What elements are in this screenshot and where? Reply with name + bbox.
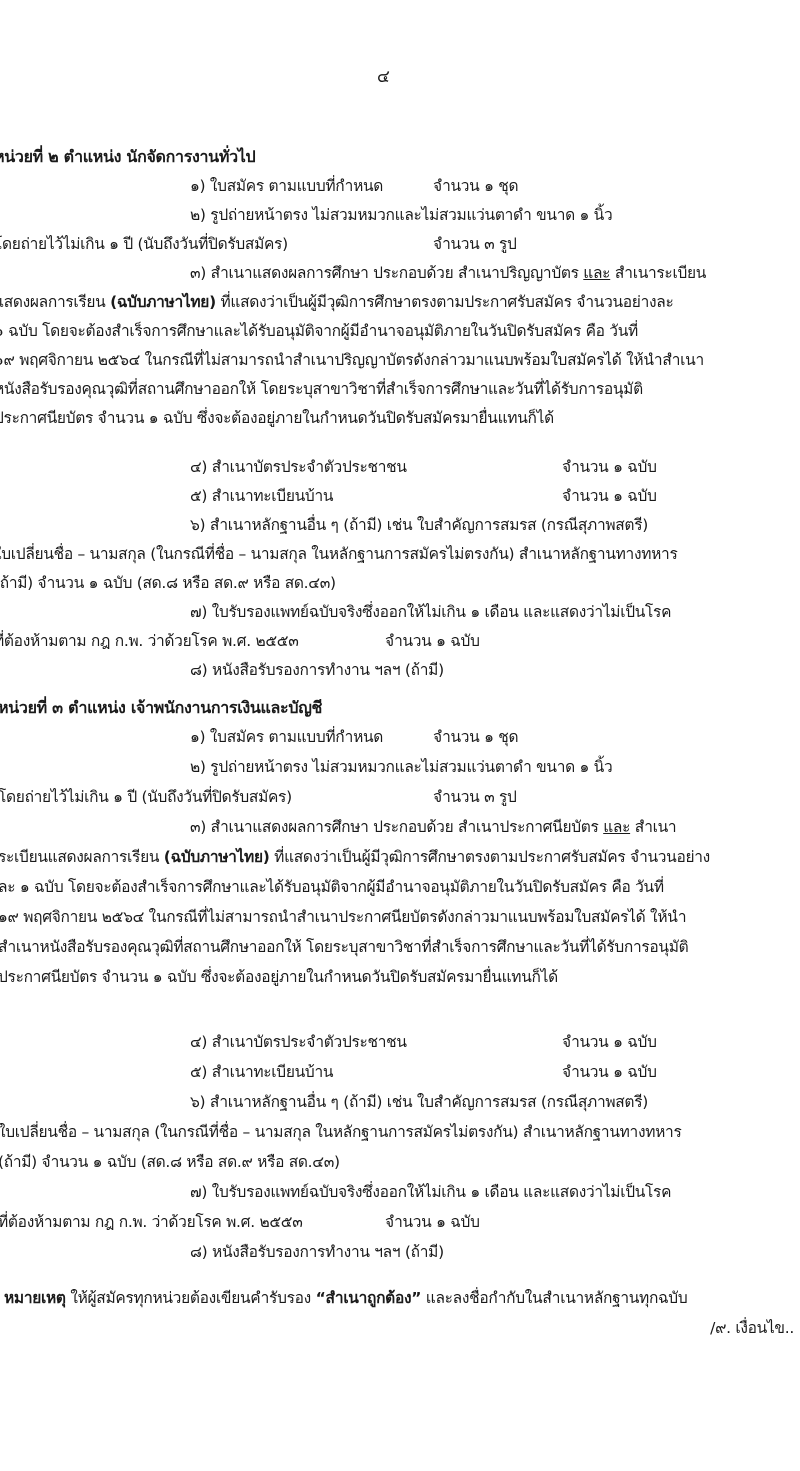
unit-2-item-6-line-2: ใบเปลี่ยนชื่อ – นามสกุล (ในกรณีที่ชื่อ –… (0, 543, 677, 565)
unit-3-item-3-line-5: สำเนาหนังสือรับรองคุณวุฒิที่สถานศึกษาออก… (0, 936, 688, 958)
text: ที่แสดงว่าเป็นผู้มีวุฒิการศึกษาตรงตามประ… (216, 293, 674, 311)
unit-3-item-1-qty: จำนวน ๑ ชุด (433, 726, 518, 748)
unit-2-item-7-qty: จำนวน ๑ ฉบับ (385, 630, 480, 652)
text: สำเนา (630, 818, 676, 836)
item-text: ๑) ใบสมัคร ตามแบบที่กำหนด (190, 177, 383, 195)
unit-2-item-2-cont: โดยถ่ายไว้ไม่เกิน ๑ ปี (นับถึงวันที่ปิดร… (0, 233, 288, 255)
text: ๓) สำเนาแสดงผลการศึกษา ประกอบด้วย สำเนาป… (190, 818, 603, 836)
unit-3-item-8: ๘) หนังสือรับรองการทำงาน ฯลฯ (ถ้ามี) (190, 1241, 444, 1263)
unit-2-item-6-line-1: ๖) สำเนาหลักฐานอื่น ๆ (ถ้ามี) เช่น ใบสำค… (190, 514, 648, 536)
unit-3-item-6-line-2: ใบเปลี่ยนชื่อ – นามสกุล (ในกรณีที่ชื่อ –… (0, 1121, 681, 1143)
text: ระเบียนแสดงผลการเรียน (0, 848, 164, 866)
remark-text: ให้ผู้สมัครทุกหน่วยต้องเขียนคำรับรอง (66, 1289, 316, 1307)
unit-3-item-3-line-1: ๓) สำเนาแสดงผลการศึกษา ประกอบด้วย สำเนาป… (190, 816, 676, 838)
unit-2-item-4-qty: จำนวน ๑ ฉบับ (562, 456, 657, 478)
unit-2-item-1-qty: จำนวน ๑ ชุด (433, 175, 518, 197)
unit-3-item-6-line-3: (ถ้ามี) จำนวน ๑ ฉบับ (สด.๘ หรือ สด.๙ หรื… (0, 1151, 340, 1173)
unit-3-item-3-line-3: ละ ๑ ฉบับ โดยจะต้องสำเร็จการศึกษาและได้ร… (0, 876, 664, 898)
unit-2-item-8: ๘) หนังสือรับรองการทำงาน ฯลฯ (ถ้ามี) (190, 659, 444, 681)
remark-bold-text: “สำเนาถูกต้อง” (316, 1289, 422, 1307)
unit-2-item-2-qty: จำนวน ๓ รูป (433, 233, 517, 255)
unit-2-item-5-qty: จำนวน ๑ ฉบับ (562, 485, 657, 507)
unit-2-item-7-line-1: ๗) ใบรับรองแพทย์ฉบับจริงซึ่งออกให้ไม่เกิ… (190, 601, 671, 623)
unit-2-item-3-line-5: หนังสือรับรองคุณวุฒิที่สถานศึกษาออกให้ โ… (0, 378, 643, 400)
text: ๓) สำเนาแสดงผลการศึกษา ประกอบด้วย สำเนาป… (190, 264, 583, 282)
unit-2-item-3-line-1: ๓) สำเนาแสดงผลการศึกษา ประกอบด้วย สำเนาป… (190, 262, 706, 284)
section-heading-unit-2: หน่วยที่ ๒ ตำแหน่ง นักจัดการงานทั่วไป (0, 146, 255, 168)
text: แสดงผลการเรียน (0, 293, 110, 311)
unit-2-item-7-line-2: ที่ต้องห้ามตาม กฎ ก.พ. ว่าด้วยโรค พ.ศ. ๒… (0, 630, 299, 652)
text: ที่แสดงว่าเป็นผู้มีวุฒิการศึกษาตรงตามประ… (270, 848, 710, 866)
unit-2-item-3-line-6: ประกาศนียบัตร จำนวน ๑ ฉบับ ซึ่งจะต้องอยู… (0, 407, 554, 429)
unit-3-item-7-qty: จำนวน ๑ ฉบับ (385, 1211, 480, 1233)
unit-3-item-5: ๕) สำเนาทะเบียนบ้าน (190, 1061, 333, 1083)
unit-2-item-6-line-3: (ถ้ามี) จำนวน ๑ ฉบับ (สด.๘ หรือ สด.๙ หรื… (0, 572, 336, 594)
remark-text-end: และลงชื่อกำกับในสำเนาหลักฐานทุกฉบับ (421, 1289, 687, 1307)
unit-2-item-3-line-4: ๑๙ พฤศจิกายน ๒๕๖๔ ในกรณีที่ไม่สามารถนำสำ… (0, 349, 704, 371)
unit-3-item-3-line-6: ประกาศนียบัตร จำนวน ๑ ฉบับ ซึ่งจะต้องอยู… (0, 966, 558, 988)
unit-3-item-3-line-2: ระเบียนแสดงผลการเรียน (ฉบับภาษาไทย) ที่แ… (0, 846, 710, 868)
unit-3-item-7-line-2: ที่ต้องห้ามตาม กฎ ก.พ. ว่าด้วยโรค พ.ศ. ๒… (0, 1211, 303, 1233)
unit-2-item-4: ๔) สำเนาบัตรประจำตัวประชาชน (190, 456, 407, 478)
unit-3-item-4: ๔) สำเนาบัตรประจำตัวประชาชน (190, 1031, 407, 1053)
document-page: ๔ หน่วยที่ ๒ ตำแหน่ง นักจัดการงานทั่วไป … (0, 0, 800, 1471)
remark-label: หมายเหตุ (4, 1289, 66, 1307)
unit-2-item-1: ๑) ใบสมัคร ตามแบบที่กำหนด (190, 175, 383, 197)
unit-3-item-3-line-4: ๑๙ พฤศจิกายน ๒๕๖๔ ในกรณีที่ไม่สามารถนำสำ… (0, 906, 686, 928)
unit-2-item-3-line-3: ๑ ฉบับ โดยจะต้องสำเร็จการศึกษาและได้รับอ… (0, 320, 638, 342)
underlined-text: และ (603, 818, 630, 836)
unit-2-item-2: ๒) รูปถ่ายหน้าตรง ไม่สวมหมวกและไม่สวมแว่… (190, 204, 612, 226)
section-heading-unit-3: หน่วยที่ ๓ ตำแหน่ง เจ้าพนักงานการเงินและ… (0, 697, 322, 719)
unit-3-item-5-qty: จำนวน ๑ ฉบับ (562, 1061, 657, 1083)
unit-3-item-1: ๑) ใบสมัคร ตามแบบที่กำหนด (190, 726, 383, 748)
continuation-marker: /๙. เงื่อนไข.. (710, 1317, 794, 1339)
unit-3-item-2: ๒) รูปถ่ายหน้าตรง ไม่สวมหมวกและไม่สวมแว่… (190, 756, 612, 778)
page-number: ๔ (377, 66, 390, 88)
unit-3-item-2-qty: จำนวน ๓ รูป (433, 786, 517, 808)
unit-2-item-3-line-2: แสดงผลการเรียน (ฉบับภาษาไทย) ที่แสดงว่าเ… (0, 291, 673, 313)
unit-3-item-2-cont: โดยถ่ายไว้ไม่เกิน ๑ ปี (นับถึงวันที่ปิดร… (0, 786, 292, 808)
text: สำเนาระเบียน (610, 264, 706, 282)
remark: หมายเหตุ ให้ผู้สมัครทุกหน่วยต้องเขียนคำร… (4, 1287, 687, 1309)
unit-3-item-6-line-1: ๖) สำเนาหลักฐานอื่น ๆ (ถ้ามี) เช่น ใบสำค… (190, 1091, 648, 1113)
bold-text: (ฉบับภาษาไทย) (110, 293, 216, 311)
unit-3-item-7-line-1: ๗) ใบรับรองแพทย์ฉบับจริงซึ่งออกให้ไม่เกิ… (190, 1181, 671, 1203)
underlined-text: และ (583, 264, 610, 282)
bold-text: (ฉบับภาษาไทย) (164, 848, 270, 866)
unit-3-item-4-qty: จำนวน ๑ ฉบับ (562, 1031, 657, 1053)
unit-2-item-5: ๕) สำเนาทะเบียนบ้าน (190, 485, 333, 507)
